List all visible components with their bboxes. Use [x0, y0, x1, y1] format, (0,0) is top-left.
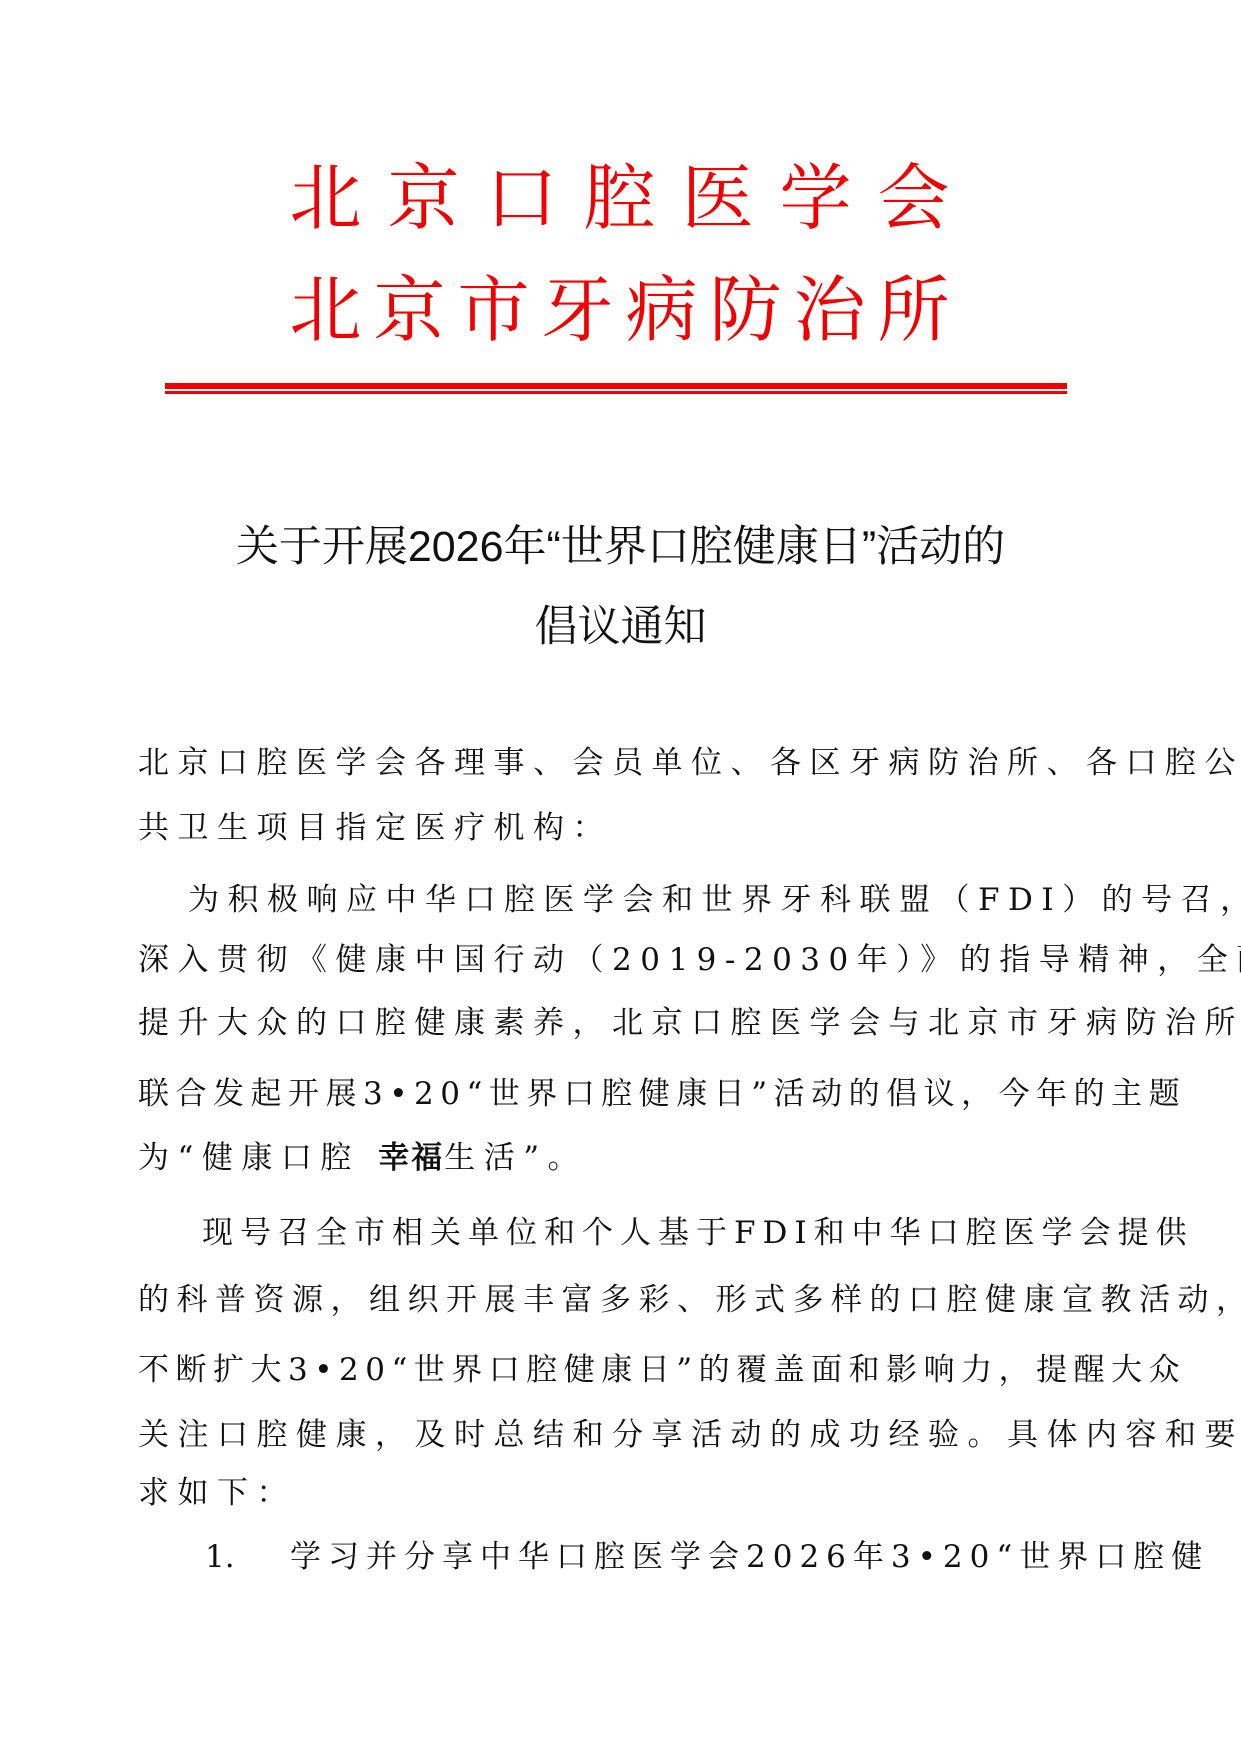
paragraph-2-line-3: 不断扩大3•20“世界口腔健康日”的覆盖面和影响力，提醒大众 — [138, 1350, 1098, 1390]
list-item-text: 学习并分享中华口腔医学会2026年3•20“世界口腔健 — [290, 1537, 1209, 1577]
list-item-number: 1. — [205, 1537, 235, 1577]
paragraph-1-line-1: 为积极响应中华口腔医学会和世界牙科联盟（FDI）的号召， — [188, 880, 1148, 920]
paragraph-1-line-2: 深入贯彻《健康中国行动（2019-2030年）》的指导精神，全面 — [138, 940, 1098, 980]
addressee-line-2: 共卫生项目指定医疗机构： — [138, 808, 1098, 848]
org-name-beijing-dental-disease-prevention-institute: 北京市牙病防治所 — [0, 270, 1241, 350]
document-title-line-1: 关于开展2026年“世界口腔健康日”活动的 — [0, 521, 1241, 573]
theme-suffix: 生活”。 — [444, 1140, 587, 1176]
org-name-beijing-stomatological-association: 北京口腔医学会 — [0, 158, 1241, 238]
theme-bold-text: 幸福 — [378, 1140, 444, 1176]
header-divider-thick — [165, 383, 1067, 389]
paragraph-1-line-3: 提升大众的口腔健康素养，北京口腔医学会与北京市牙病防治所 — [138, 1003, 1098, 1043]
addressee-line-1: 北京口腔医学会各理事、会员单位、各区牙病防治所、各口腔公 — [138, 743, 1098, 783]
document-title-line-2: 倡议通知 — [0, 601, 1241, 653]
document-page: 北京口腔医学会 北京市牙病防治所 关于开展2026年“世界口腔健康日”活动的 倡… — [0, 0, 1241, 1755]
paragraph-2-line-4: 关注口腔健康，及时总结和分享活动的成功经验。具体内容和要 — [138, 1415, 1098, 1455]
paragraph-1-line-4: 联合发起开展3•20“世界口腔健康日”活动的倡议，今年的主题 — [138, 1074, 1098, 1114]
paragraph-2-line-2: 的科普资源，组织开展丰富多彩、形式多样的口腔健康宣教活动， — [138, 1280, 1098, 1320]
paragraph-2-line-5: 求如下： — [138, 1473, 1098, 1513]
paragraph-1-line-5: 为“健康口腔 幸福生活”。 — [138, 1138, 1098, 1178]
header-divider-thin — [165, 391, 1067, 394]
paragraph-2-line-1: 现号召全市相关单位和个人基于FDI和中华口腔医学会提供 — [202, 1213, 1162, 1253]
theme-prefix: 为“健康口腔 — [138, 1140, 378, 1176]
